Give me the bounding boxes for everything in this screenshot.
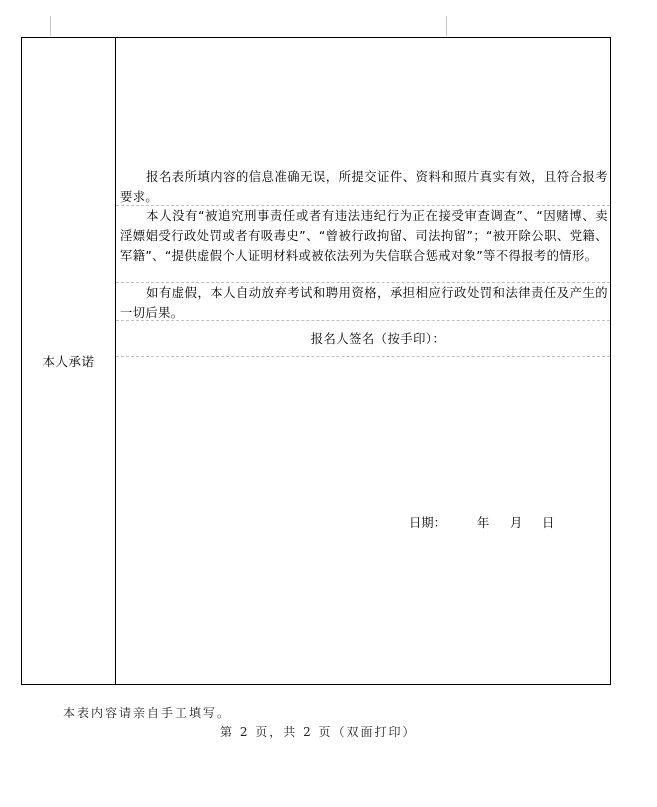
date-label: 日期： [409, 513, 446, 531]
paragraph-accuracy: 报名表所填内容的信息准确无误，所提交证件、资料和照片真实有效，且符合报考要求。 [116, 167, 610, 207]
paragraph-consequences: 如有虚假，本人自动放弃考试和聘用资格，承担相应行政处罚和法律责任及产生的一切后果… [116, 283, 610, 323]
paragraph-no-violations: 本人没有“被追究刑事责任或者有违法违纪行为正在接受审查调查”、“因赌博、卖淫嫖娼… [116, 206, 610, 266]
crop-mark-right [446, 16, 447, 36]
crop-mark-left [50, 16, 51, 36]
commitment-table: 本人承诺 报名表所填内容的信息准确无误，所提交证件、资料和照片真实有效，且符合报… [21, 37, 611, 685]
date-month: 月 [510, 513, 522, 531]
date-year: 年 [477, 513, 489, 531]
signature-label: 报名人签名（按手印）： [116, 329, 610, 347]
commitment-label: 本人承诺 [22, 38, 115, 684]
page-number: 第 2 页，共 2 页（双面打印） [220, 723, 417, 740]
commitment-content: 报名表所填内容的信息准确无误，所提交证件、资料和照片真实有效，且符合报考要求。 … [116, 38, 610, 684]
dashed-divider [116, 320, 610, 321]
footer-note: 本表内容请亲自手工填写。 [63, 704, 231, 721]
dashed-divider [116, 356, 610, 357]
date-day: 日 [542, 513, 554, 531]
